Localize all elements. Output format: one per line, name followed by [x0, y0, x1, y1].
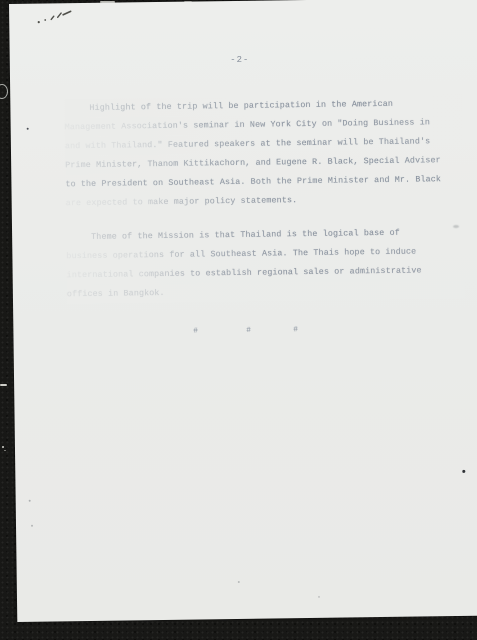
paragraph: Highlight of the trip will be participat…: [64, 94, 463, 213]
scan-speck: [2, 446, 4, 448]
end-of-text-mark: #: [293, 326, 298, 334]
ink-dot: [318, 596, 320, 598]
page-number: -2-: [220, 55, 260, 66]
ink-dot: [238, 581, 240, 583]
typed-line: offices in Bangkok.: [67, 280, 465, 304]
paragraph: Theme of the Mission is that Thailand is…: [66, 223, 465, 304]
pen-marks-icon: [35, 9, 75, 28]
end-of-text-mark: #: [193, 327, 198, 335]
end-of-text-mark: #: [246, 327, 251, 335]
typed-line: are expected to make major policy statem…: [66, 189, 464, 213]
document-page: -2- Highlight of the trip will be partic…: [9, 0, 477, 622]
ink-dot: [31, 525, 33, 527]
ink-dot: [462, 470, 465, 473]
scan-speck: [4, 450, 6, 451]
ink-dot: [27, 128, 29, 130]
scanned-document: { "doc": { "page_number": "-2-", "paragr…: [0, 0, 477, 640]
ink-dot: [29, 500, 31, 502]
handwritten-mark: [0, 84, 8, 99]
scan-speck: [0, 384, 7, 386]
